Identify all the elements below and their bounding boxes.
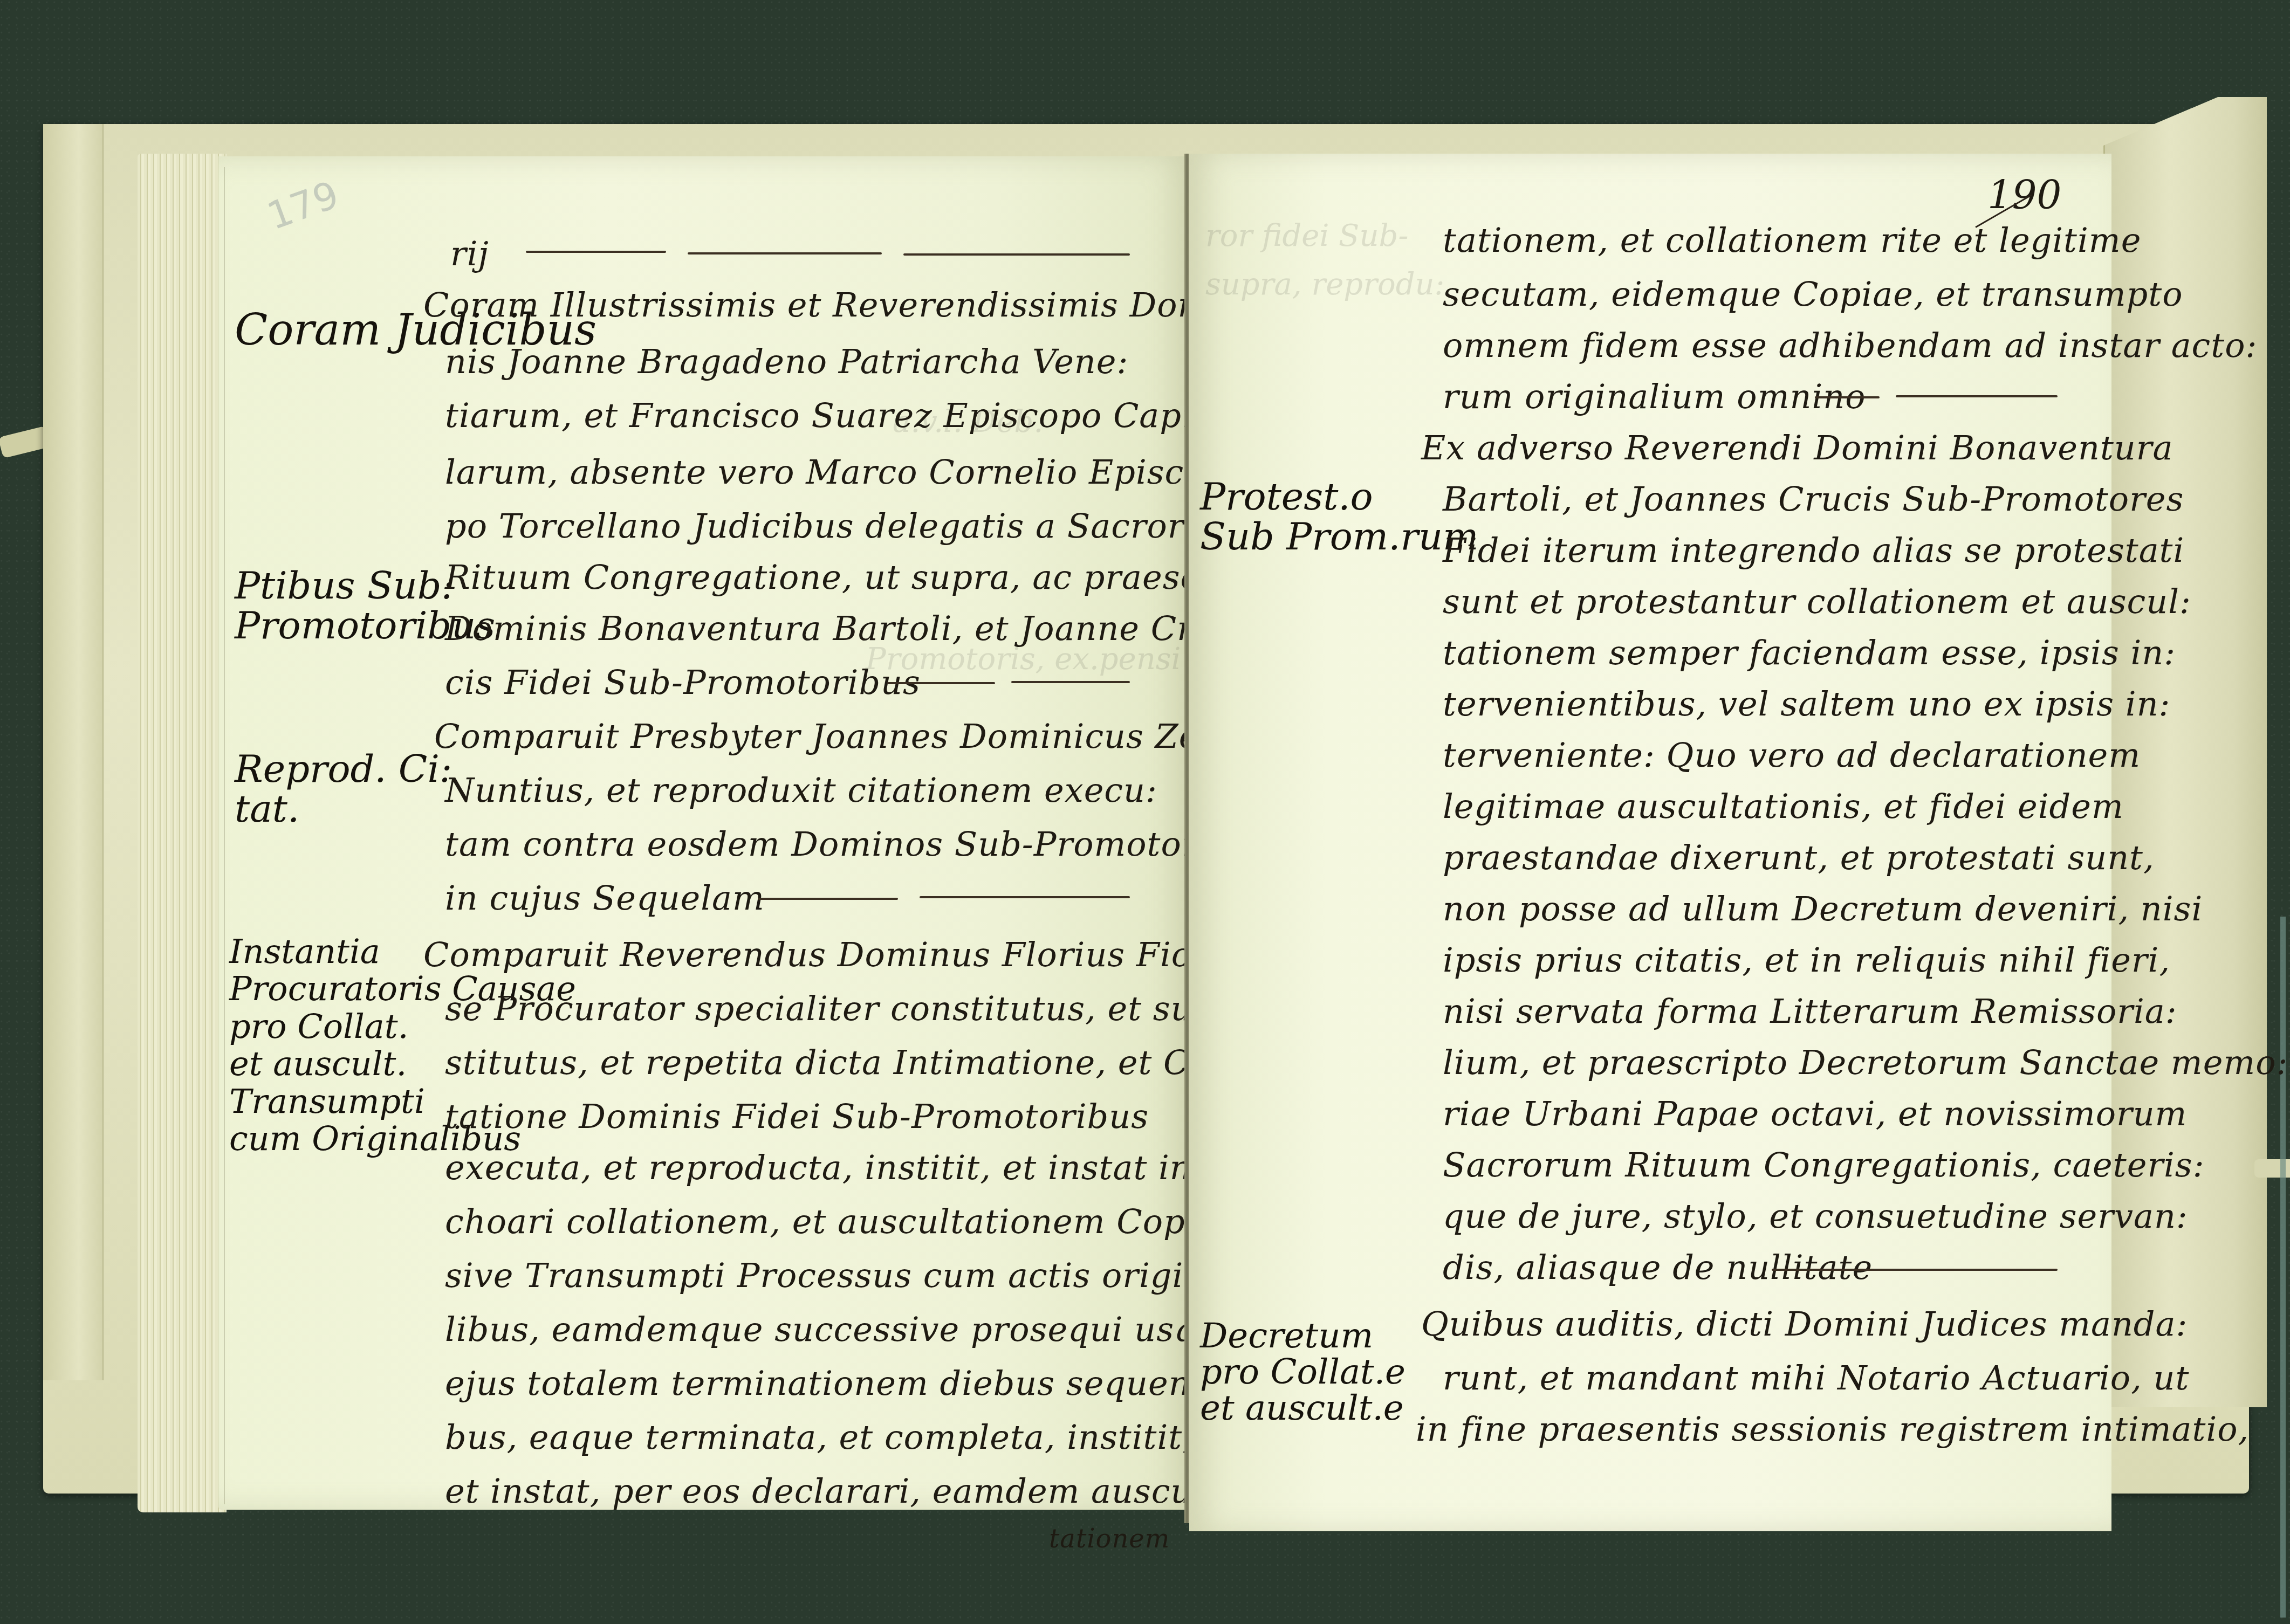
text-line: tam contra eosdem Dominos Sub-Promotores… bbox=[445, 828, 1247, 861]
left-header-mark: rij bbox=[450, 237, 489, 271]
margin-note-line: Decretum bbox=[1200, 1318, 1405, 1354]
line-filler-dash bbox=[1011, 681, 1130, 683]
page-block-edges bbox=[138, 154, 227, 1512]
text-line: Sacrorum Rituum Congregationis, caeteris… bbox=[1443, 1148, 2205, 1182]
bleed-through-text: supra, reprodu: bbox=[1205, 267, 1444, 302]
text-line: libus, eamdemque successive prosequi usq… bbox=[445, 1313, 1292, 1346]
line-filler-dash bbox=[1772, 1269, 2058, 1271]
text-line: Nuntius, et reproduxit citationem execu: bbox=[445, 774, 1157, 807]
text-line: legitimae auscultationis, et fidei eidem bbox=[1443, 790, 2124, 823]
text-line: dis, aliasque de nullitate bbox=[1443, 1251, 1873, 1284]
margin-note-decretum: Decretum pro Collat.e et auscult.e bbox=[1200, 1318, 1405, 1427]
margin-note-protestatio: Protest.o Sub Prom.rum bbox=[1200, 477, 1478, 556]
text-line: po Torcellano Judicibus delegatis a Sacr… bbox=[445, 510, 1238, 543]
text-line: Ex adverso Reverendi Domini Bonaventura bbox=[1421, 431, 2173, 465]
text-line: tatione Dominis Fidei Sub-Promotoribus bbox=[445, 1100, 1149, 1133]
text-line: executa, et reproducta, institit, et ins… bbox=[445, 1151, 1204, 1185]
text-line: Coram Illustrissimis et Reverendissimis … bbox=[423, 288, 1233, 322]
text-line: Bartoli, et Joannes Crucis Sub-Promotore… bbox=[1443, 483, 2184, 516]
margin-note-line: et auscult.e bbox=[1200, 1391, 1405, 1427]
line-filler-dash bbox=[1815, 396, 1880, 398]
text-line: terveniente: Quo vero ad declarationem bbox=[1443, 739, 2141, 772]
text-line: riae Urbani Papae octavi, et novissimoru… bbox=[1443, 1097, 2187, 1131]
text-line: bus, eaque terminata, et completa, insti… bbox=[445, 1421, 1194, 1454]
margin-note-line: Sub Prom.rum bbox=[1200, 517, 1478, 557]
text-line: nisi servata forma Litterarum Remissoria… bbox=[1443, 995, 2177, 1028]
text-line: se Procurator specialiter constitutus, e… bbox=[445, 992, 1226, 1026]
page-edge-rule bbox=[224, 167, 225, 1504]
text-line: in cujus Sequelam bbox=[445, 882, 765, 915]
text-line: stitutus, et repetita dicta Intimatione,… bbox=[445, 1046, 1212, 1079]
right-page: 190 ror fidei Sub- supra, reprodu: Prote… bbox=[1189, 154, 2111, 1531]
margin-note-line: Protest.o bbox=[1200, 477, 1478, 517]
text-line: secutam, eidemque Copiae, et transumpto bbox=[1443, 278, 2183, 311]
text-line: Rituum Congregatione, ut supra, ac praes… bbox=[445, 561, 1309, 594]
line-filler-dash bbox=[920, 896, 1130, 898]
text-line: cis Fidei Sub-Promotoribus bbox=[445, 666, 921, 699]
text-line: ejus totalem terminationem diebus sequen… bbox=[445, 1367, 1228, 1400]
text-line: Quibus auditis, dicti Domini Judices man… bbox=[1421, 1308, 2188, 1341]
line-filler-dash bbox=[758, 898, 898, 900]
text-line: Comparuit Reverendus Dominus Florius Fio… bbox=[423, 938, 1240, 972]
margin-note-line: Reprod. Ci: bbox=[235, 749, 452, 789]
text-line: sive Transumpti Processus cum actis orig… bbox=[445, 1259, 1238, 1292]
text-line: omnem fidem esse adhibendam ad instar ac… bbox=[1443, 329, 2257, 362]
folio-number: 190 bbox=[1987, 173, 2061, 218]
text-line: ipsis prius citatis, et in reliquis nihi… bbox=[1443, 944, 2170, 977]
text-line: runt, et mandant mihi Notario Actuario, … bbox=[1443, 1361, 2189, 1395]
text-line: Dominis Bonaventura Bartoli, et Joanne C… bbox=[445, 612, 1228, 645]
text-line: et instat, per eos declarari, eamdem aus… bbox=[445, 1475, 1216, 1508]
text-line: Fidei iterum integrendo alias se protest… bbox=[1443, 534, 2184, 567]
text-line: Comparuit Presbyter Joannes Dominicus Ze… bbox=[434, 720, 1221, 753]
margin-note-reproductio: Reprod. Ci: tat. bbox=[235, 749, 452, 829]
text-line: non posse ad ullum Decretum deveniri, ni… bbox=[1443, 892, 2203, 926]
catchword: tationem bbox=[1049, 1526, 1170, 1552]
text-line: praestandae dixerunt, et protestati sunt… bbox=[1443, 841, 2155, 875]
line-filler-dash bbox=[887, 682, 995, 684]
bleed-through-text: ror fidei Sub- bbox=[1205, 218, 1408, 253]
text-line: nis Joanne Bragadeno Patriarcha Vene: bbox=[445, 345, 1128, 379]
text-line: in fine praesentis sessionis registrem i… bbox=[1416, 1413, 2249, 1446]
line-filler-dash bbox=[688, 252, 882, 254]
line-filler-dash bbox=[903, 253, 1130, 256]
margin-note-line: tat. bbox=[235, 789, 452, 829]
text-line: sunt et protestantur collationem et ausc… bbox=[1443, 585, 2191, 618]
holding-cord bbox=[2280, 917, 2286, 1618]
text-line: larum, absente vero Marco Cornelio Episc… bbox=[445, 456, 1216, 489]
text-line: rum originalium omnino bbox=[1443, 380, 1866, 414]
pencil-folio-mark: 179 bbox=[262, 173, 345, 239]
text-line: tiarum, et Francisco Suarez Episcopo Cap… bbox=[445, 399, 1232, 432]
margin-note-line: pro Collat.e bbox=[1200, 1354, 1405, 1391]
text-line: choari collationem, et auscultationem Co… bbox=[445, 1205, 1249, 1238]
text-line: tationem, et collationem rite et legitim… bbox=[1443, 224, 2141, 257]
line-filler-dash bbox=[526, 251, 666, 253]
text-line: tationem semper faciendam esse, ipsis in… bbox=[1443, 636, 2176, 670]
text-line: tervenientibus, vel saltem uno ex ipsis … bbox=[1443, 687, 2171, 721]
left-page: 179 a.v.l. Deb. Promotoris, ex.pensi rij… bbox=[218, 156, 1189, 1510]
wrapper-flap-left bbox=[43, 124, 104, 1380]
text-line: lium, et praescripto Decretorum Sanctae … bbox=[1443, 1046, 2288, 1079]
line-filler-dash bbox=[1896, 395, 2058, 397]
text-line: que de jure, stylo, et consuetudine serv… bbox=[1443, 1200, 2188, 1233]
